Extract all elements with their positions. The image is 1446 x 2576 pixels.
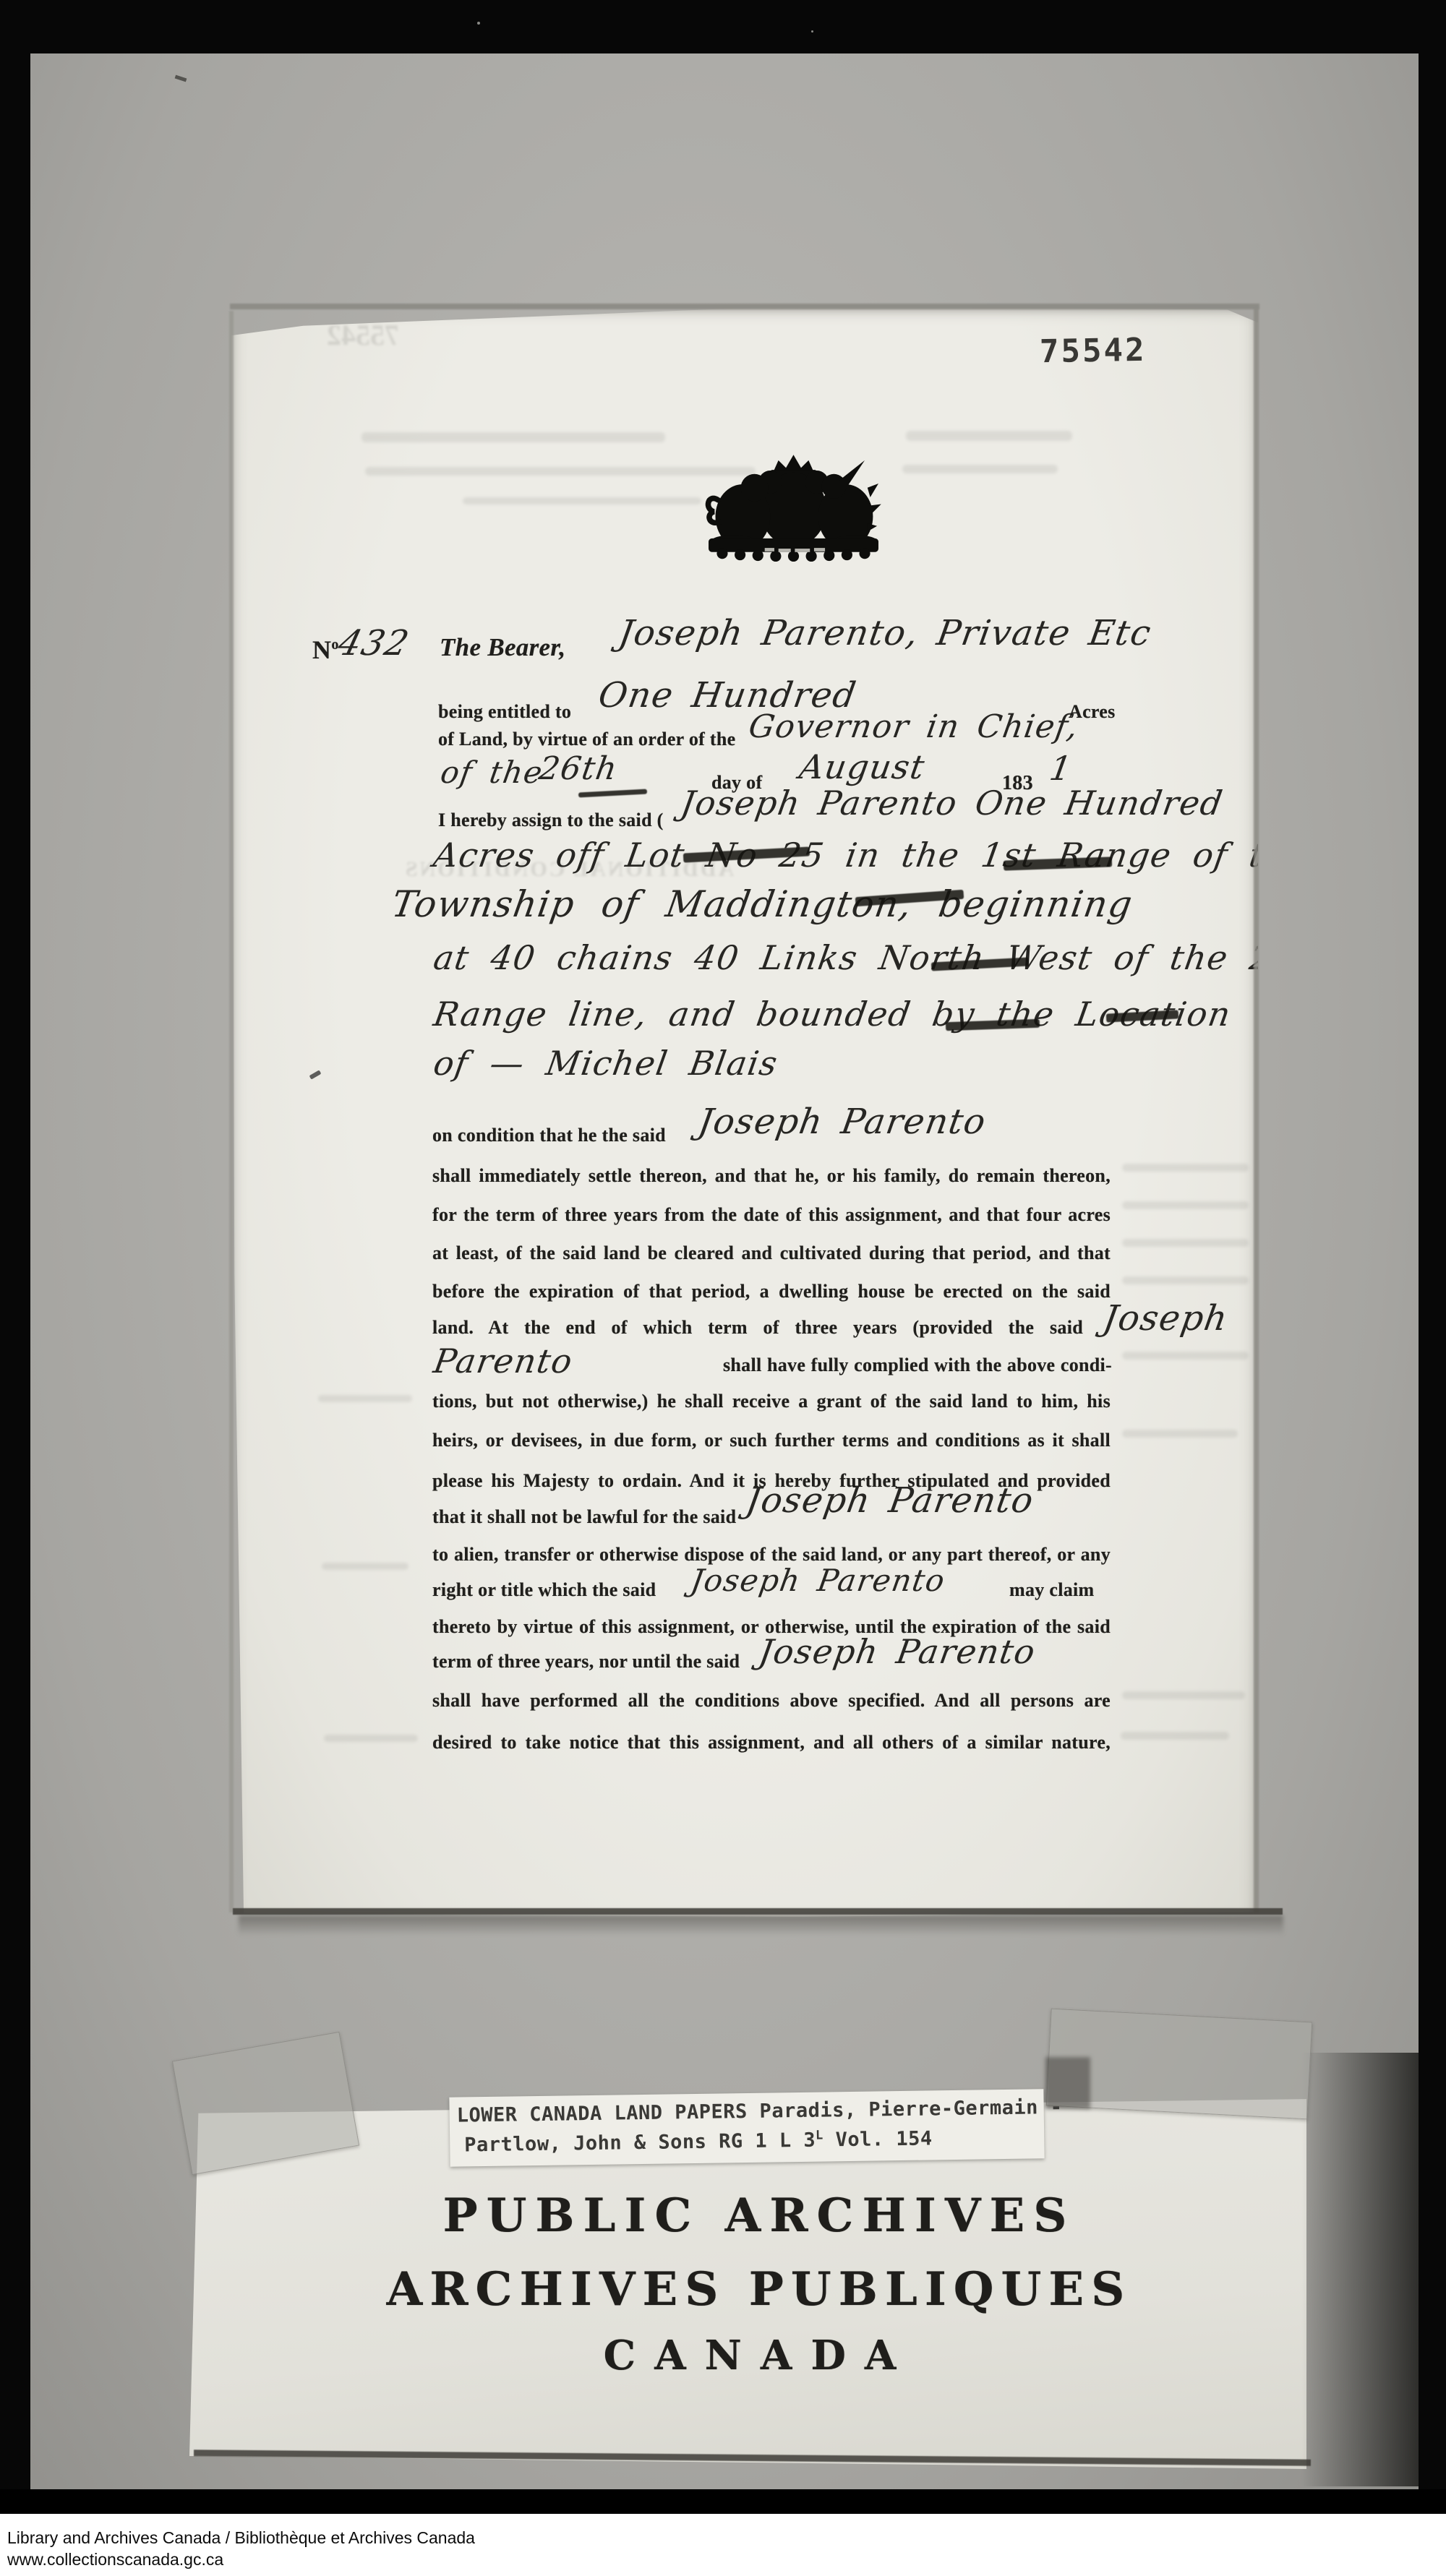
form-body-line: desired to take notice that this assignm…: [432, 1732, 1111, 1753]
order-line: of Land, by virtue of an order of the: [438, 729, 735, 750]
page-top-edge: [230, 304, 1259, 309]
form-body-line: tions, but not otherwise,) he shall rece…: [432, 1391, 1111, 1412]
bleedthrough-smudge: [1122, 1352, 1249, 1360]
bleedthrough-smudge: [1122, 1201, 1249, 1209]
bleedthrough-smudge: [324, 1735, 418, 1742]
film-frame: 75542 ADDITIONAL CONDITIONS 75542: [0, 0, 1446, 2576]
film-speck: [811, 30, 813, 33]
bleedthrough-smudge: [322, 1563, 408, 1570]
condition-prefix: on condition that he the said: [432, 1125, 666, 1146]
date-prefix-hw: of the: [438, 755, 546, 790]
year-suffix-hw: 1: [1047, 749, 1075, 788]
certificate-number-hw: 432: [334, 623, 414, 664]
footer-url: www.collectionscanada.gc.ca: [7, 2550, 223, 2569]
page-bottom-edge: [233, 1908, 1283, 1915]
order-authority-hw: Governor in Chief,: [746, 708, 1082, 745]
form-body-line: may claim: [1009, 1579, 1095, 1601]
inline-name-hw: Joseph Parento: [743, 1480, 1037, 1521]
footer-strip: Library and Archives Canada / Bibliothèq…: [0, 2514, 1446, 2576]
stamp-line-canada: CANADA: [239, 2332, 1280, 2379]
description-line-hw: Acres off Lot No 25 in the 1st Range of …: [431, 836, 1311, 875]
assign-line: I hereby assign to the said (: [438, 810, 664, 831]
description-line-hw: Township of Maddington, beginning: [389, 883, 1136, 925]
pen-flourish: [578, 789, 647, 798]
stamp-line-archives-publiques: ARCHIVES PUBLIQUES: [239, 2262, 1280, 2317]
royal-coat-of-arms-icon: [690, 445, 897, 575]
inline-name-hw: Parento: [431, 1341, 576, 1381]
form-body-line: land. At the end of which term of three …: [432, 1317, 1083, 1339]
form-body-line: for the term of three years from the dat…: [432, 1204, 1111, 1226]
bleedthrough-smudge: [1121, 1732, 1229, 1740]
card-right-shadow: [1301, 2053, 1419, 2486]
reference-label-line1: LOWER CANADA LAND PAPERS Paradis, Pierre…: [457, 2096, 1063, 2127]
page-shadow: [239, 1915, 1283, 1936]
date-month-hw: August: [797, 747, 928, 786]
bleedthrough-smudge: [318, 1395, 412, 1402]
document-page: 75542 ADDITIONAL CONDITIONS 75542: [231, 306, 1258, 1917]
form-body-line: shall immediately settle thereon, and th…: [432, 1165, 1111, 1187]
bearer-name-hw: Joseph Parento, Private Etc: [616, 613, 1155, 653]
form-body-line: right or title which the said: [432, 1579, 656, 1601]
bleedthrough-smudge: [1122, 1691, 1245, 1699]
entitled-label: being entitled to: [438, 701, 571, 723]
form-body-line: shall have performed all the conditions …: [432, 1690, 1111, 1712]
ink-mark: [309, 1070, 322, 1079]
bleedthrough-smudge: [1122, 1164, 1249, 1172]
form-body-line: at least, of the said land be cleared an…: [432, 1242, 1111, 1264]
form-body-line: before the expiration of that period, a …: [432, 1281, 1111, 1302]
assign-entry-hw: Joseph Parento One Hundred: [678, 783, 1226, 823]
folio-number-stamp: 75542: [1040, 332, 1147, 371]
page-right-edge: [1254, 308, 1259, 1912]
bleedthrough-smudge: [902, 465, 1058, 473]
bleedthrough-smudge: [463, 497, 701, 505]
stamp-line-public-archives: PUBLIC ARCHIVES: [239, 2189, 1280, 2243]
form-body-line: term of three years, nor until the said: [432, 1651, 740, 1673]
description-line-hw: of — Michel Blais: [431, 1044, 781, 1083]
inline-name-hw: Joseph Parento: [756, 1632, 1039, 1671]
inline-name-hw: Joseph Parento: [688, 1563, 948, 1598]
reference-label-line2: Partlow, John & Sons RG 1 L 3L Vol. 154: [464, 2126, 933, 2156]
date-day-hw: 26th: [536, 750, 620, 787]
form-body-line: that it shall not be lawful for the said: [432, 1506, 736, 1528]
film-bottom-band: [0, 2489, 1446, 2514]
reference-label: LOWER CANADA LAND PAPERS Paradis, Pierre…: [449, 2089, 1044, 2166]
bleedthrough-smudge: [1122, 1430, 1238, 1438]
bleedthrough-smudge: [1122, 1239, 1249, 1247]
film-speck: [477, 22, 480, 25]
form-body-line: shall have fully complied with the above…: [723, 1354, 1112, 1376]
page-left-edge: [229, 311, 234, 1912]
bleedthrough-smudge: [906, 431, 1072, 441]
inline-name-hw: Joseph: [1100, 1298, 1231, 1339]
footer-attribution: Library and Archives Canada / Bibliothèq…: [7, 2528, 475, 2548]
condition-name-hw: Joseph Parento: [696, 1102, 989, 1142]
form-body-line: heirs, or devisees, in due form, or such…: [432, 1430, 1111, 1451]
bleedthrough-smudge: [361, 432, 665, 442]
bleedthrough-smudge: [1122, 1276, 1249, 1284]
description-line-hw: at 40 chains 40 Links North West of the …: [431, 938, 1298, 977]
bearer-label: The Bearer,: [440, 633, 565, 662]
